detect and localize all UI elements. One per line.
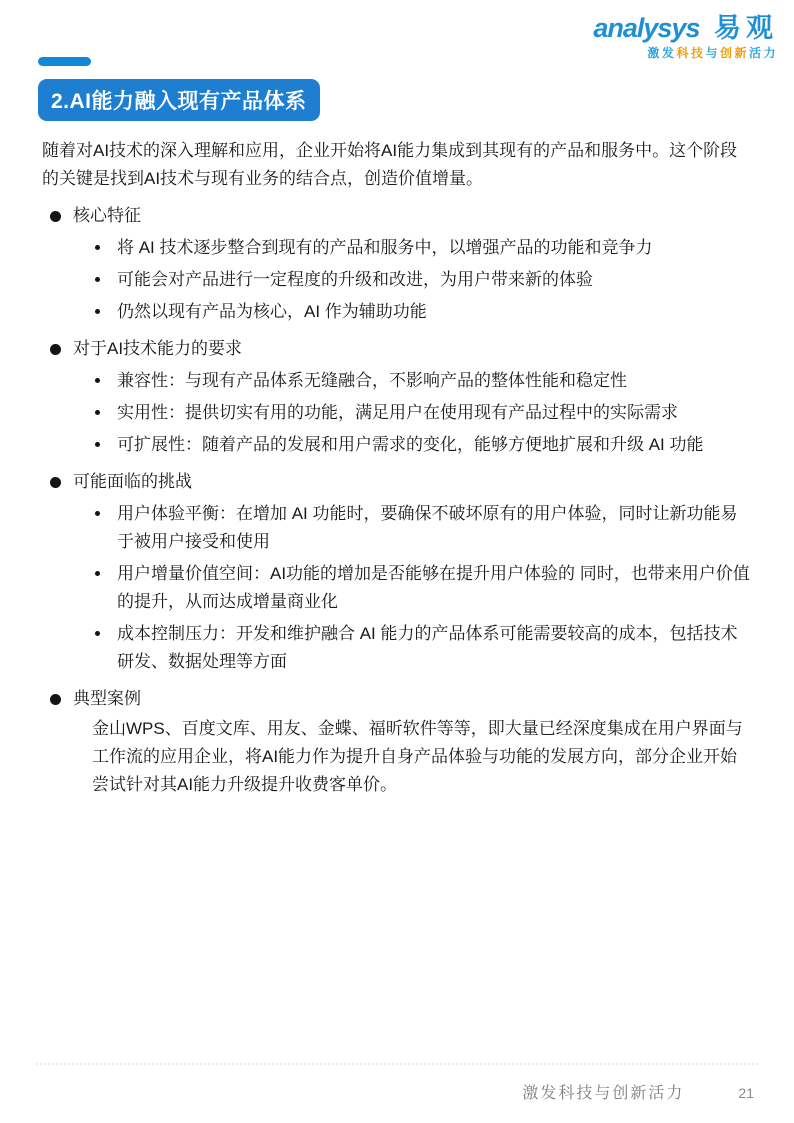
page-number: 21 xyxy=(738,1085,754,1101)
bullet-section-label: 典型案例 xyxy=(73,685,141,713)
bullet-section-label: 对于AI技术能力的要求 xyxy=(73,335,242,363)
logo-tagline-segment: 科技 xyxy=(676,46,705,60)
logo-tagline-segment: 活力 xyxy=(749,46,778,60)
bullet-disc-icon xyxy=(50,694,61,705)
list-item: 可扩展性：随着产品的发展和用户需求的变化，能够方便地扩展和升级 AI 功能 xyxy=(42,431,754,459)
list-item: 将 AI 技术逐步整合到现有的产品和服务中，以增强产品的功能和竞争力 xyxy=(42,234,754,262)
logo-brand-latin: analysys xyxy=(593,13,699,43)
list-item-text: 用户增量价值空间：AI功能的增加是否能够在提升用户体验的 同时，也带来用户价值的… xyxy=(117,560,754,616)
list-item: 用户体验平衡：在增加 AI 功能时，要确保不破坏原有的用户体验，同时让新功能易于… xyxy=(42,500,754,556)
logo-tagline-segment: 激发 xyxy=(647,46,676,60)
list-item-text: 实用性：提供切实有用的功能，满足用户在使用现有产品过程中的实际需求 xyxy=(117,399,754,427)
list-item-text: 兼容性：与现有产品体系无缝融合，不影响产品的整体性能和稳定性 xyxy=(117,367,754,395)
list-item: 成本控制压力：开发和维护融合 AI 能力的产品体系可能需要较高的成本，包括技术研… xyxy=(42,620,754,676)
list-item: 仍然以现有产品为核心，AI 作为辅助功能 xyxy=(42,298,754,326)
bullet-section-ai-requirements: 对于AI技术能力的要求 兼容性：与现有产品体系无缝融合，不影响产品的整体性能和稳… xyxy=(42,335,754,459)
bullet-dot-icon xyxy=(95,245,100,250)
bullet-section-header: 核心特征 xyxy=(42,202,754,230)
list-item-text: 可能会对产品进行一定程度的升级和改进，为用户带来新的体验 xyxy=(117,266,754,294)
list-item-text: 将 AI 技术逐步整合到现有的产品和服务中，以增强产品的功能和竞争力 xyxy=(117,234,754,262)
bullet-disc-icon xyxy=(50,344,61,355)
list-item: 兼容性：与现有产品体系无缝融合，不影响产品的整体性能和稳定性 xyxy=(42,367,754,395)
section-title: 2.AI能力融入现有产品体系 xyxy=(51,90,307,113)
list-item-text: 可扩展性：随着产品的发展和用户需求的变化，能够方便地扩展和升级 AI 功能 xyxy=(117,431,754,459)
logo-tagline: 激发科技与创新活力 xyxy=(593,47,778,61)
bullet-dot-icon xyxy=(95,442,100,447)
list-item-text: 成本控制压力：开发和维护融合 AI 能力的产品体系可能需要较高的成本，包括技术研… xyxy=(117,620,754,676)
bullet-disc-icon xyxy=(50,211,61,222)
list-item-text: 用户体验平衡：在增加 AI 功能时，要确保不破坏原有的用户体验，同时让新功能易于… xyxy=(117,500,754,556)
intro-paragraph: 随着对AI技术的深入理解和应用，企业开始将AI能力集成到其现有的产品和服务中。这… xyxy=(42,137,754,193)
logo-tagline-segment: 创新 xyxy=(720,46,749,60)
logo-tagline-segment: 与 xyxy=(705,46,720,60)
bullet-dot-icon xyxy=(95,378,100,383)
list-item-text: 仍然以现有产品为核心，AI 作为辅助功能 xyxy=(117,298,754,326)
section-title-badge: 2.AI能力融入现有产品体系 xyxy=(38,79,320,121)
bullet-section-case-studies: 典型案例 金山WPS、百度文库、用友、金蝶、福昕软件等等，即大量已经深度集成在用… xyxy=(42,685,754,799)
bullet-disc-icon xyxy=(50,477,61,488)
footer-divider xyxy=(36,1063,758,1065)
bullet-dot-icon xyxy=(95,277,100,282)
page-content: 随着对AI技术的深入理解和应用，企业开始将AI能力集成到其现有的产品和服务中。这… xyxy=(42,137,754,799)
bullet-dot-icon xyxy=(95,511,100,516)
analysys-logo: analysys 易观 激发科技与创新活力 xyxy=(593,13,778,61)
logo-brand-cjk: 易观 xyxy=(714,13,778,43)
bullet-section-core-features: 核心特征 将 AI 技术逐步整合到现有的产品和服务中，以增强产品的功能和竞争力 … xyxy=(42,202,754,326)
bullet-dot-icon xyxy=(95,410,100,415)
bullet-section-label: 可能面临的挑战 xyxy=(73,468,192,496)
list-item: 可能会对产品进行一定程度的升级和改进，为用户带来新的体验 xyxy=(42,266,754,294)
sub-bullet-list: 将 AI 技术逐步整合到现有的产品和服务中，以增强产品的功能和竞争力 可能会对产… xyxy=(42,234,754,326)
list-item: 实用性：提供切实有用的功能，满足用户在使用现有产品过程中的实际需求 xyxy=(42,399,754,427)
footer-tagline: 激发科技与创新活力 xyxy=(522,1080,684,1103)
document-page: analysys 易观 激发科技与创新活力 2.AI能力融入现有产品体系 随着对… xyxy=(0,0,794,1123)
bullet-dot-icon xyxy=(95,631,100,636)
case-study-paragraph: 金山WPS、百度文库、用友、金蝶、福昕软件等等，即大量已经深度集成在用户界面与工… xyxy=(92,715,754,799)
page-footer: 激发科技与创新活力 21 xyxy=(522,1080,754,1103)
bullet-dot-icon xyxy=(95,309,100,314)
bullet-dot-icon xyxy=(95,571,100,576)
bullet-section-challenges: 可能面临的挑战 用户体验平衡：在增加 AI 功能时，要确保不破坏原有的用户体验，… xyxy=(42,468,754,676)
bullet-section-header: 对于AI技术能力的要求 xyxy=(42,335,754,363)
logo-brand: analysys 易观 xyxy=(593,13,778,44)
bullet-section-label: 核心特征 xyxy=(73,202,141,230)
sub-bullet-list: 兼容性：与现有产品体系无缝融合，不影响产品的整体性能和稳定性 实用性：提供切实有… xyxy=(42,367,754,459)
accent-dash xyxy=(38,57,91,66)
bullet-section-header: 典型案例 xyxy=(42,685,754,713)
list-item: 用户增量价值空间：AI功能的增加是否能够在提升用户体验的 同时，也带来用户价值的… xyxy=(42,560,754,616)
bullet-section-header: 可能面临的挑战 xyxy=(42,468,754,496)
sub-bullet-list: 用户体验平衡：在增加 AI 功能时，要确保不破坏原有的用户体验，同时让新功能易于… xyxy=(42,500,754,676)
